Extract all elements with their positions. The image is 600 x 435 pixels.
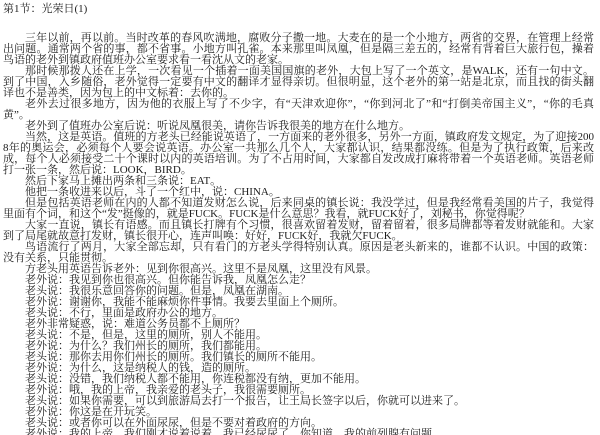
paragraph: 老外去过很多地方，因为他的衣服上写了不少字，有“天津欢迎你”，“你到河北了”和“… (3, 99, 594, 121)
paragraph: 当然，这是英语。值班的方老头已经能说英语了，一方面来的老外很多，另外一方面，镇政… (3, 132, 594, 176)
paragraph: 大家一直说，镇长有语感。而且镇长打牌有个习惯，很喜欢留着发财，留着留着，很多局牌… (3, 220, 594, 242)
paragraph: 那时候那拨人还在上学，一次看见一个插着一面美国国旗的老外，大包上写了一个英文，是… (3, 66, 594, 99)
paragraph: 鸟语流行了两月，大家全部忘却，只有看门的方老头学得特别认真。原因是老头新来的，谁… (3, 242, 594, 264)
document-body: 三年以前，再以前。当时改革的春风吹满地，腐败分子撒一地。大麦在的是一个小地方，两… (3, 33, 594, 435)
section-title: 第1节：光荣日(1) (3, 3, 594, 15)
paragraph: 三年以前，再以前。当时改革的春风吹满地，腐败分子撒一地。大麦在的是一个小地方，两… (3, 33, 594, 66)
document-page: 第1节：光荣日(1) 三年以前，再以前。当时改革的春风吹满地，腐败分子撒一地。大… (0, 0, 600, 435)
paragraph: 老外说：我的上帝，我们刚才说着说着，我已经尿尿了，你知道，我的前列腺有问题 (3, 429, 594, 435)
paragraph: 但是包括英语老师在内的人都不知道发财怎么说，后来同桌的镇长说：我没学过，但是我经… (3, 198, 594, 220)
